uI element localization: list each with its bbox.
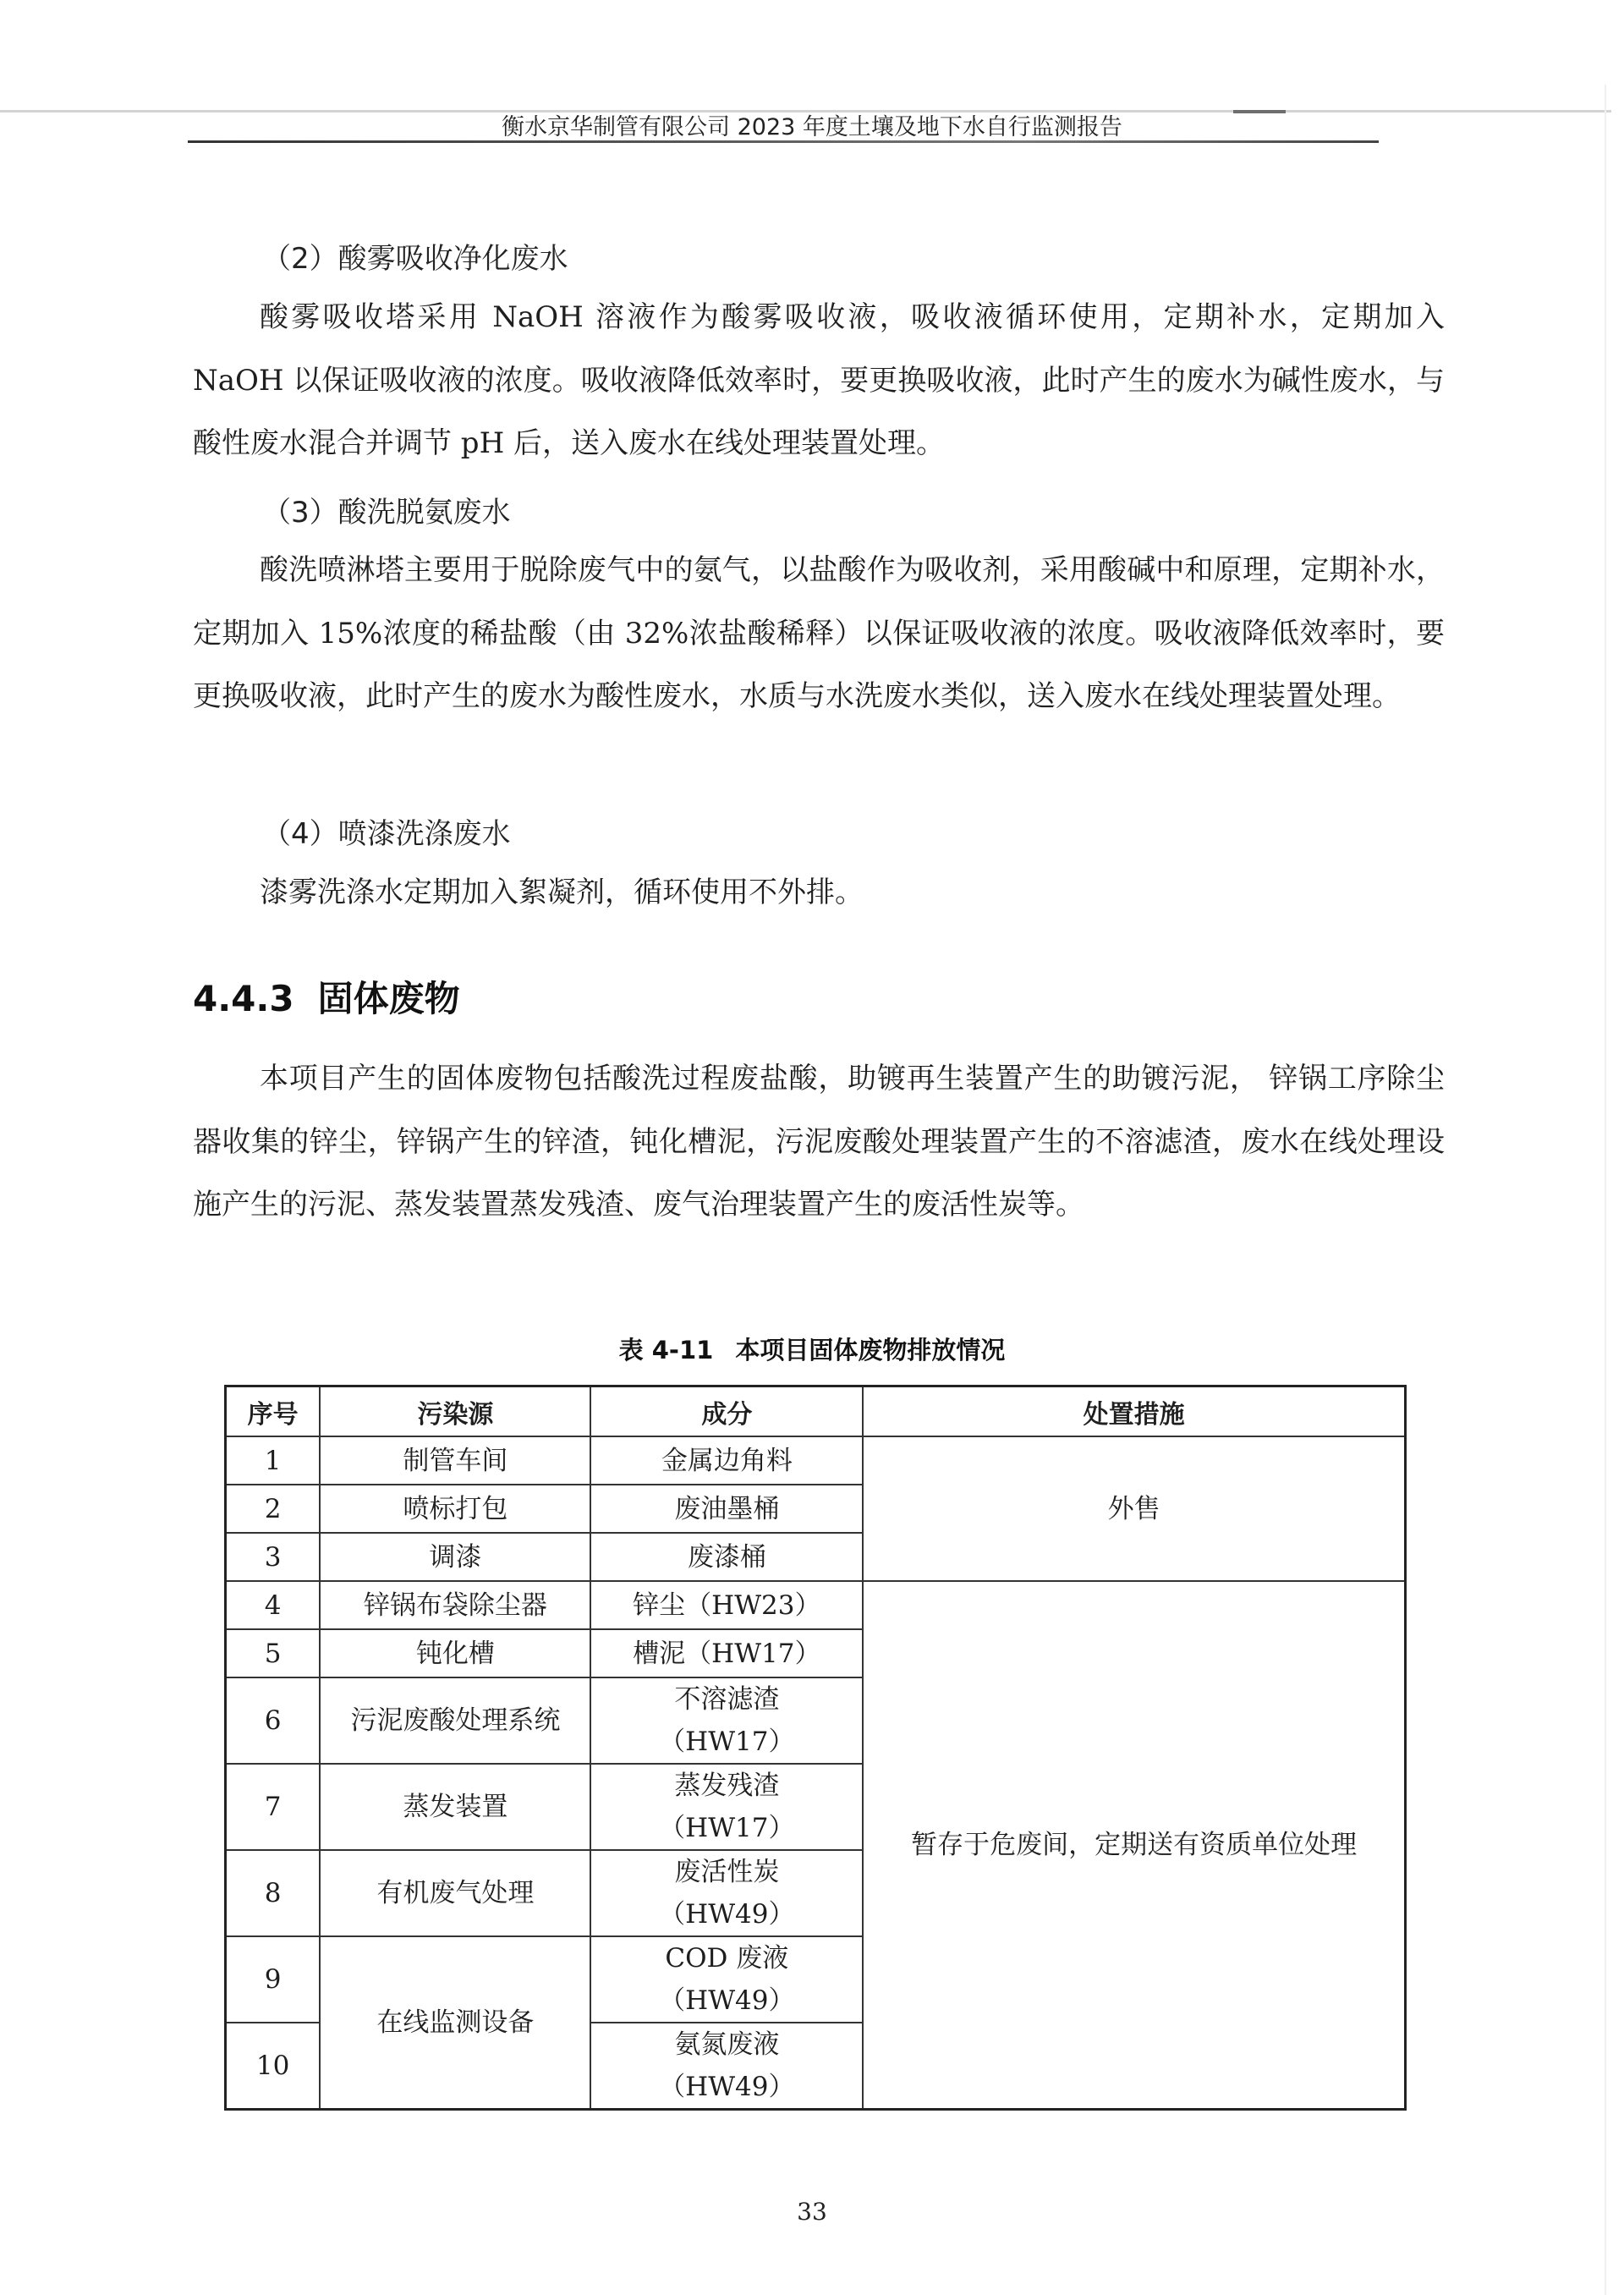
running-header: 衡水京华制管有限公司 2023 年度土壤及地下水自行监测报告 xyxy=(0,108,1624,141)
cell-source: 制管车间 xyxy=(320,1436,590,1485)
cell-component: 氨氮废液（HW49） xyxy=(590,2023,863,2110)
cell-source: 蒸发装置 xyxy=(320,1764,590,1850)
cell-source: 锌锅布袋除尘器 xyxy=(320,1581,590,1629)
subheading-acid-mist: （2）酸雾吸收净化废水 xyxy=(262,235,568,277)
paragraph-acid-deammonia: 酸洗喷淋塔主要用于脱除废气中的氨气，以盐酸作为吸收剂，采用酸碱中和原理，定期补水… xyxy=(193,539,1445,728)
cell-source: 调漆 xyxy=(320,1533,590,1581)
paragraph-acid-mist: 酸雾吸收塔采用 NaOH 溶液作为酸雾吸收液，吸收液循环使用，定期补水，定期加入… xyxy=(193,286,1445,475)
table-row: 4 锌锅布袋除尘器 锌尘（HW23） 暂存于危废间，定期送有资质单位处理 xyxy=(226,1581,1406,1629)
cell-no: 1 xyxy=(226,1436,321,1485)
cell-no: 7 xyxy=(226,1764,321,1850)
cell-component: 不溶滤渣（HW17） xyxy=(590,1677,863,1764)
paragraph-paint-washing: 漆雾洗涤水定期加入絮凝剂，循环使用不外排。 xyxy=(193,861,1445,925)
table-header-row: 序号 污染源 成分 处置措施 xyxy=(226,1386,1406,1437)
cell-source: 有机废气处理 xyxy=(320,1850,590,1936)
subheading-acid-deammonia: （3）酸洗脱氨废水 xyxy=(262,489,511,530)
cell-no: 9 xyxy=(226,1936,321,2023)
cell-source: 在线监测设备 xyxy=(320,1936,590,2110)
cell-no: 4 xyxy=(226,1581,321,1629)
table-caption-title: 本项目固体废物排放情况 xyxy=(735,1336,1005,1364)
cell-component: 废油墨桶 xyxy=(590,1485,863,1533)
header-source: 污染源 xyxy=(320,1386,590,1437)
header-component: 成分 xyxy=(590,1386,863,1437)
cell-component: 蒸发残渣（HW17） xyxy=(590,1764,863,1850)
section-title: 固体废物 xyxy=(318,978,460,1019)
cell-disposal-sale: 外售 xyxy=(863,1436,1405,1581)
cell-disposal-hazardous: 暂存于危废间，定期送有资质单位处理 xyxy=(863,1581,1405,2110)
cell-component: 废活性炭（HW49） xyxy=(590,1850,863,1936)
cell-no: 6 xyxy=(226,1677,321,1764)
cell-no: 3 xyxy=(226,1533,321,1581)
cell-component: COD 废液（HW49） xyxy=(590,1936,863,2023)
section-number: 4.4.3 xyxy=(193,978,294,1019)
paragraph-solid-waste: 本项目产生的固体废物包括酸洗过程废盐酸，助镀再生装置产生的助镀污泥， 锌锅工序除… xyxy=(193,1047,1445,1237)
subheading-paint-washing: （4）喷漆洗涤废水 xyxy=(262,810,511,852)
cell-source: 喷标打包 xyxy=(320,1485,590,1533)
cell-source: 钝化槽 xyxy=(320,1629,590,1677)
scan-artifact-edge xyxy=(1605,85,1606,2295)
table-row: 1 制管车间 金属边角料 外售 xyxy=(226,1436,1406,1485)
cell-component: 金属边角料 xyxy=(590,1436,863,1485)
cell-no: 5 xyxy=(226,1629,321,1677)
cell-component: 锌尘（HW23） xyxy=(590,1581,863,1629)
header-no: 序号 xyxy=(226,1386,321,1437)
cell-component: 废漆桶 xyxy=(590,1533,863,1581)
section-heading: 4.4.3固体废物 xyxy=(193,971,460,1022)
solid-waste-table: 序号 污染源 成分 处置措施 1 制管车间 金属边角料 外售 2 喷标打包 废油… xyxy=(224,1385,1407,2111)
table-caption-number: 表 4-11 xyxy=(619,1336,714,1364)
page-number: 33 xyxy=(0,2198,1624,2226)
header-rule xyxy=(188,140,1379,143)
cell-component: 槽泥（HW17） xyxy=(590,1629,863,1677)
header-disposal: 处置措施 xyxy=(863,1386,1405,1437)
cell-no: 10 xyxy=(226,2023,321,2110)
cell-no: 2 xyxy=(226,1485,321,1533)
table-caption: 表 4-11本项目固体废物排放情况 xyxy=(0,1331,1624,1366)
cell-no: 8 xyxy=(226,1850,321,1936)
cell-source: 污泥废酸处理系统 xyxy=(320,1677,590,1764)
